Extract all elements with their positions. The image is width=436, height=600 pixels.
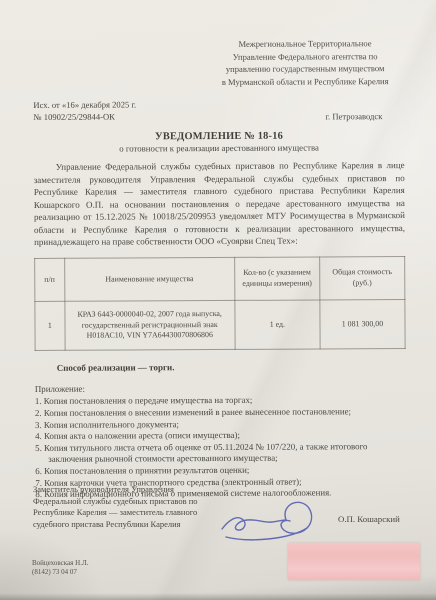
outgoing-reference: Исх. от «16» декабря 2025 г. № 10902/25/… xyxy=(33,100,136,124)
property-table-header: п/п Наименование имущества Кол-во (с ука… xyxy=(35,256,405,301)
col-header-name: Наименование имущества xyxy=(64,257,234,301)
col-header-cost: Общая стоимость (руб.) xyxy=(320,256,405,299)
document-title: УВЕДОМЛЕНИЕ № 18-16 xyxy=(33,130,404,143)
reference-row: Исх. от «16» декабря 2025 г. № 10902/25/… xyxy=(33,98,404,123)
table-row: 1 КРАЗ 6443-0000040-02, 2007 года выпуск… xyxy=(35,299,405,350)
cell-property-name: КРАЗ 6443-0000040-02, 2007 года выпуска,… xyxy=(65,300,235,350)
col-header-num: п/п xyxy=(35,258,65,301)
signer-name: О.П. Кошарский xyxy=(338,514,400,524)
body-paragraph: Управление Федеральной службы судебных п… xyxy=(34,159,405,248)
attachments-block: Приложение: 1. Копия постановления о пер… xyxy=(35,382,407,501)
document-content: Межрегиональное Территориальное Управлен… xyxy=(33,37,406,501)
document-subtitle: о готовности к реализации арестованного … xyxy=(34,142,405,154)
city-label: г. Петрозаводск xyxy=(325,111,404,121)
attachments-title: Приложение: xyxy=(35,382,406,396)
redaction-stamp-area xyxy=(288,543,420,580)
executor-name: Войцеховская Н.Л. xyxy=(32,559,88,568)
cell-quantity: 1 ед. xyxy=(235,300,320,349)
attachment-item: 5. Копия титульного листа отчета об оцен… xyxy=(35,441,406,466)
outgoing-number: № 10902/25/29844-ОК xyxy=(33,111,136,123)
signer-position-line: Заместитель руководителя Управления xyxy=(33,484,268,496)
org-line: управлению государственным имуществом xyxy=(202,62,408,76)
scanned-document-page: Межрегиональное Территориальное Управлен… xyxy=(0,0,436,600)
handwritten-signature xyxy=(218,498,340,546)
executor-contact: Войцеховская Н.Л. (8142) 73 04 07 xyxy=(32,559,88,577)
outgoing-date: Исх. от «16» декабря 2025 г. xyxy=(33,100,136,112)
org-line: Управление Федерального агентства по xyxy=(202,50,408,64)
org-line: Межрегиональное Территориальное xyxy=(202,37,408,51)
sale-method-line: Способ реализации — торги. xyxy=(35,361,406,373)
col-header-qty: Кол-во (с указанием единицы измерения) xyxy=(234,257,319,300)
cell-row-number: 1 xyxy=(35,301,65,350)
org-line: в Мурманской области и Республике Карели… xyxy=(202,75,408,89)
executor-phone: (8142) 73 04 07 xyxy=(32,568,88,577)
property-table: п/п Наименование имущества Кол-во (с ука… xyxy=(34,256,405,351)
attachment-item: 2. Копия постановления о внесении измене… xyxy=(35,406,406,420)
cell-total-cost: 1 081 300,00 xyxy=(320,299,405,348)
letterhead-org-block: Межрегиональное Территориальное Управлен… xyxy=(202,37,408,88)
